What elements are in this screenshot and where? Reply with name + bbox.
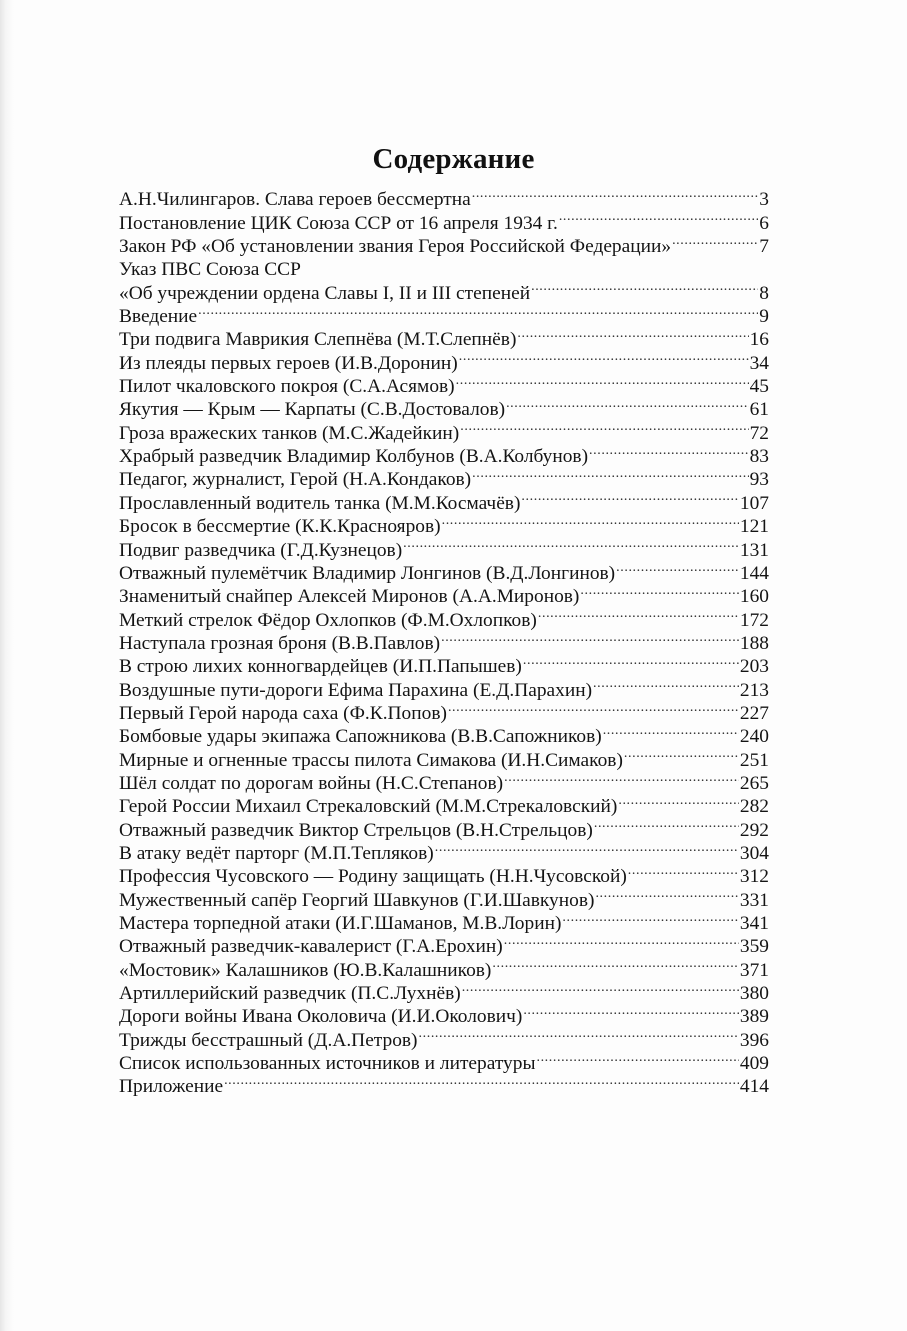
toc-entry-title: Знаменитый снайпер Алексей Миронов (А.А.… — [119, 585, 579, 608]
toc-entry-page-number: 414 — [740, 1075, 769, 1098]
dot-leader — [456, 369, 749, 392]
toc-entry-page-number: 203 — [740, 655, 769, 678]
dot-leader — [460, 415, 748, 438]
toc-entry-page-number: 6 — [759, 212, 769, 235]
dot-leader — [531, 275, 758, 298]
toc-entry-page-number: 389 — [740, 1005, 769, 1028]
toc-entry-title: Закон РФ «Об установлении звания Героя Р… — [119, 235, 671, 258]
dot-leader — [492, 952, 739, 975]
dot-leader — [504, 929, 739, 952]
toc-entry-page-number: 72 — [750, 422, 769, 445]
dot-leader — [419, 1022, 739, 1045]
dot-leader — [618, 789, 739, 812]
toc-entry-title: Бросок в бессмертие (К.К.Краснояров) — [119, 515, 441, 538]
toc-entry-page-number: 9 — [759, 305, 769, 328]
toc-entry-title: Три подвига Маврикия Слепнёва (М.Т.Слепн… — [119, 328, 516, 351]
dot-leader — [442, 509, 739, 532]
toc-entry-title: Гроза вражеских танков (М.С.Жадейкин) — [119, 422, 459, 445]
toc-entry-title: Приложение — [119, 1075, 223, 1098]
toc-entry-page-number: 331 — [740, 889, 769, 912]
toc-entry-title: Из плеяды первых героев (И.В.Доронин) — [119, 352, 458, 375]
toc-entry-title: Якутия — Крым — Карпаты (С.В.Достовалов) — [119, 398, 505, 421]
dot-leader — [594, 812, 739, 835]
toc-entry-page-number: 396 — [740, 1029, 769, 1052]
toc-entry-title: Герой России Михаил Стрекаловский (М.М.С… — [119, 795, 617, 818]
toc-entry-page-number: 341 — [740, 912, 769, 935]
book-page: Содержание А.Н.Чилингаров. Слава героев … — [0, 0, 907, 1331]
toc-entry-page-number: 34 — [750, 352, 769, 375]
dot-leader — [504, 766, 739, 789]
toc-entry-page-number: 380 — [740, 982, 769, 1005]
toc-entry-title: Педагог, журналист, Герой (Н.А.Кондаков) — [119, 468, 471, 491]
dot-leader — [628, 859, 739, 882]
toc-entry-title: Артиллерийский разведчик (П.С.Лухнёв) — [119, 982, 461, 1005]
dot-leader — [538, 602, 739, 625]
toc-entry-page-number: 213 — [740, 679, 769, 702]
toc-entry-page-number: 371 — [740, 959, 769, 982]
toc-entry-page-number: 7 — [759, 235, 769, 258]
dot-leader — [559, 205, 758, 228]
toc-entry-title: Трижды бесстрашный (Д.А.Петров) — [119, 1029, 418, 1052]
dot-leader — [441, 626, 739, 649]
dot-leader — [521, 485, 738, 508]
dot-leader — [403, 532, 739, 555]
toc-entry-title: «Мостовик» Калашников (Ю.В.Калашников) — [119, 959, 491, 982]
toc-entry-page-number: 240 — [740, 725, 769, 748]
dot-leader — [523, 999, 739, 1022]
dot-leader — [472, 462, 748, 485]
dot-leader — [580, 579, 739, 602]
toc-entry-title: Указ ПВС Союза ССР — [119, 258, 301, 281]
toc-entry-title: Пилот чкаловского покроя (С.А.Асямов) — [119, 375, 455, 398]
dot-leader — [672, 229, 758, 252]
dot-leader — [603, 719, 739, 742]
dot-leader — [224, 1069, 739, 1092]
toc-entry-page-number: 282 — [740, 795, 769, 818]
toc-entry-title: Бомбовые удары экипажа Сапожникова (В.В.… — [119, 725, 602, 748]
toc-entry-title: Подвиг разведчика (Г.Д.Кузнецов) — [119, 539, 402, 562]
toc-entry-page-number: 83 — [750, 445, 769, 468]
dot-leader — [616, 556, 739, 579]
toc-entry-title: В атаку ведёт парторг (М.П.Тепляков) — [119, 842, 434, 865]
dot-leader — [448, 696, 739, 719]
toc-entry-page-number: 312 — [740, 865, 769, 888]
toc-entry-page-number: 160 — [740, 585, 769, 608]
dot-leader — [562, 906, 739, 929]
toc-entry[interactable]: Введение 9 — [119, 299, 769, 322]
toc-entry-page-number: 45 — [750, 375, 769, 398]
toc-entry[interactable]: Три подвига Маврикия Слепнёва (М.Т.Слепн… — [119, 322, 769, 345]
dot-leader — [624, 742, 739, 765]
dot-leader — [593, 672, 739, 695]
dot-leader — [523, 649, 739, 672]
toc-entry-page-number: 144 — [740, 562, 769, 585]
toc-entry-page-number: 61 — [750, 398, 769, 421]
dot-leader — [435, 836, 739, 859]
toc-entry-page-number: 121 — [740, 515, 769, 538]
toc-entry-page-number: 304 — [740, 842, 769, 865]
toc-entry-page-number: 227 — [740, 702, 769, 725]
toc-entry-title: Постановление ЦИК Союза ССР от 16 апреля… — [119, 212, 558, 235]
toc-entry-page-number: 409 — [740, 1052, 769, 1075]
dot-leader — [517, 322, 748, 345]
toc-entry-title: Отважный пулемётчик Владимир Лонгинов (В… — [119, 562, 615, 585]
toc-entry-title: А.Н.Чилингаров. Слава героев бессмертна — [119, 188, 471, 211]
dot-leader — [459, 345, 749, 368]
toc-entry-page-number: 292 — [740, 819, 769, 842]
toc-entry-page-number: 265 — [740, 772, 769, 795]
toc-entry-title: Введение — [119, 305, 197, 328]
toc-entry-page-number: 93 — [750, 468, 769, 491]
toc-entry-title: В строю лихих конногвардейцев (И.П.Папыш… — [119, 655, 522, 678]
dot-leader — [472, 182, 759, 205]
toc-entry-page-number: 3 — [759, 188, 769, 211]
toc-entry[interactable]: А.Н.Чилингаров. Слава героев бессмертна … — [119, 182, 769, 205]
toc-entry-title: Первый Герой народа саха (Ф.К.Попов) — [119, 702, 447, 725]
toc-entry-page-number: 359 — [740, 935, 769, 958]
toc-entry-title: Наступала грозная броня (В.В.Павлов) — [119, 632, 440, 655]
toc-entry-page-number: 172 — [740, 609, 769, 632]
dot-leader — [198, 299, 758, 322]
toc-entry-page-number: 107 — [740, 492, 769, 515]
toc-entry-title: Мужественный сапёр Георгий Шавкунов (Г.И… — [119, 889, 594, 912]
toc-entry-title: Отважный разведчик-кавалерист (Г.А.Ерохи… — [119, 935, 503, 958]
toc-entry-title: Мастера торпедной атаки (И.Г.Шаманов, М.… — [119, 912, 561, 935]
toc-entry-page-number: 8 — [759, 282, 769, 305]
dot-leader — [462, 976, 739, 999]
toc-entry-page-number: 131 — [740, 539, 769, 562]
dot-leader — [589, 439, 749, 462]
toc-entry-page-number: 251 — [740, 749, 769, 772]
toc-entry-page-number: 16 — [750, 328, 769, 351]
toc-entry-title: Шёл солдат по дорогам войны (Н.С.Степано… — [119, 772, 503, 795]
toc-entry-page-number: 188 — [740, 632, 769, 655]
dot-leader — [595, 882, 738, 905]
toc-entry-title: Профессия Чусовского — Родину защищать (… — [119, 865, 627, 888]
dot-leader — [536, 1046, 738, 1069]
dot-leader — [506, 392, 749, 415]
table-of-contents: А.Н.Чилингаров. Слава героев бессмертна … — [119, 182, 769, 1092]
page-title: Содержание — [0, 143, 907, 176]
